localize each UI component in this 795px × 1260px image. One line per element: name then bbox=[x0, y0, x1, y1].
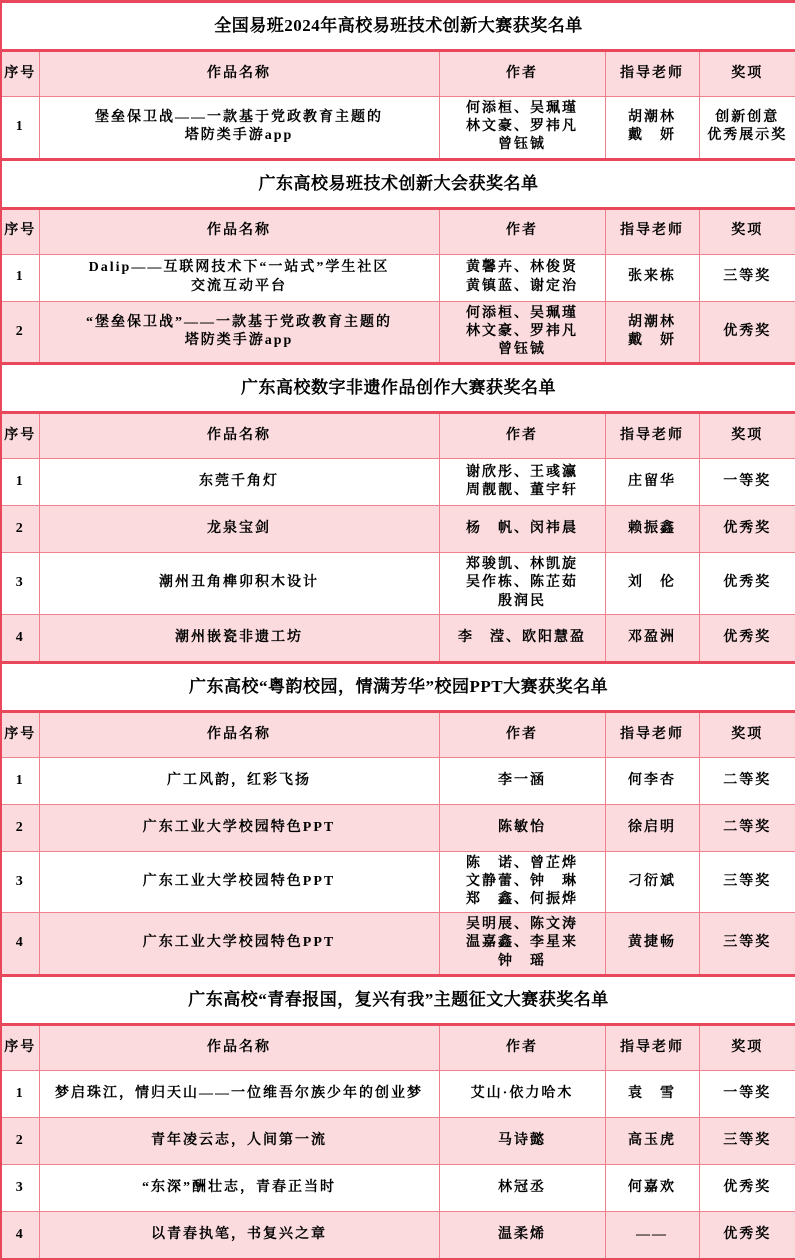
advisor-cell: 刘 伦 bbox=[605, 553, 699, 615]
col-header-authors: 作者 bbox=[439, 413, 605, 459]
section-title: 广东高校“粤韵校园，情满芳华”校园PPT大赛获奖名单 bbox=[1, 662, 795, 711]
col-header-advisor: 指导老师 bbox=[605, 711, 699, 757]
advisor-cell: 刁衍斌 bbox=[605, 851, 699, 913]
advisor-cell: 胡潮林 戴 妍 bbox=[605, 301, 699, 364]
row-no-cell: 3 bbox=[1, 851, 39, 913]
table-row: 3 广东工业大学校园特色PPT 陈 诺、曾芷烨 文静蕾、钟 琳 郑 鑫、何振烨 … bbox=[1, 851, 795, 913]
row-no-cell: 1 bbox=[1, 254, 39, 301]
advisor-cell: 赖振鑫 bbox=[605, 506, 699, 553]
authors-cell: 林冠丞 bbox=[439, 1164, 605, 1211]
advisor-cell: 张来栋 bbox=[605, 254, 699, 301]
work-cell: 以青春执笔，书复兴之章 bbox=[39, 1211, 439, 1259]
row-no-cell: 4 bbox=[1, 1211, 39, 1259]
row-no-cell: 1 bbox=[1, 1070, 39, 1117]
section-2: 广东高校易班技术创新大会获奖名单 bbox=[1, 159, 795, 208]
row-no-cell: 2 bbox=[1, 1117, 39, 1164]
work-cell: 青年凌云志，人间第一流 bbox=[39, 1117, 439, 1164]
authors-cell: 杨 帆、闵祎晨 bbox=[439, 506, 605, 553]
table-header: 序号 作品名称 作者 指导老师 奖项 bbox=[1, 51, 795, 97]
advisor-cell: 何李杏 bbox=[605, 757, 699, 804]
award-cell: 三等奖 bbox=[699, 254, 795, 301]
section-4: 广东高校“粤韵校园，情满芳华”校园PPT大赛获奖名单 bbox=[1, 662, 795, 711]
award-cell: 二等奖 bbox=[699, 757, 795, 804]
col-header-advisor: 指导老师 bbox=[605, 1024, 699, 1070]
award-cell: 优秀奖 bbox=[699, 1164, 795, 1211]
row-no-cell: 1 bbox=[1, 97, 39, 160]
work-cell: 堡垒保卫战——一款基于党政教育主题的 塔防类手游app bbox=[39, 97, 439, 160]
row-no-cell: 3 bbox=[1, 1164, 39, 1211]
row-no-cell: 3 bbox=[1, 553, 39, 615]
work-cell: “堡垒保卫战”——一款基于党政教育主题的 塔防类手游app bbox=[39, 301, 439, 364]
work-cell: 梦启珠江，情归天山——一位维吾尔族少年的创业梦 bbox=[39, 1070, 439, 1117]
authors-cell: 陈 诺、曾芷烨 文静蕾、钟 琳 郑 鑫、何振烨 bbox=[439, 851, 605, 913]
award-cell: 优秀奖 bbox=[699, 1211, 795, 1259]
section-1: 全国易班2024年高校易班技术创新大赛获奖名单 bbox=[1, 2, 795, 51]
award-cell: 二等奖 bbox=[699, 804, 795, 851]
authors-cell: 温柔烯 bbox=[439, 1211, 605, 1259]
table-header: 序号 作品名称 作者 指导老师 奖项 bbox=[1, 1024, 795, 1070]
award-cell: 一等奖 bbox=[699, 459, 795, 506]
award-cell: 优秀奖 bbox=[699, 614, 795, 662]
table-row: 1 堡垒保卫战——一款基于党政教育主题的 塔防类手游app 何添桓、吴珮瑾 林文… bbox=[1, 97, 795, 160]
advisor-cell: 邓盈洲 bbox=[605, 614, 699, 662]
authors-cell: 李 滢、欧阳慧盈 bbox=[439, 614, 605, 662]
section-5: 广东高校“青春报国，复兴有我”主题征文大赛获奖名单 bbox=[1, 975, 795, 1024]
award-cell: 优秀奖 bbox=[699, 301, 795, 364]
advisor-cell: 何嘉欢 bbox=[605, 1164, 699, 1211]
col-header-award: 奖项 bbox=[699, 711, 795, 757]
work-cell: 广工风韵，红彩飞扬 bbox=[39, 757, 439, 804]
col-header-authors: 作者 bbox=[439, 711, 605, 757]
col-header-work: 作品名称 bbox=[39, 711, 439, 757]
col-header-award: 奖项 bbox=[699, 51, 795, 97]
award-cell: 一等奖 bbox=[699, 1070, 795, 1117]
advisor-cell: 高玉虎 bbox=[605, 1117, 699, 1164]
authors-cell: 李一涵 bbox=[439, 757, 605, 804]
table-row: 2 龙泉宝剑 杨 帆、闵祎晨 赖振鑫 优秀奖 bbox=[1, 506, 795, 553]
row-no-cell: 1 bbox=[1, 459, 39, 506]
authors-cell: 马诗懿 bbox=[439, 1117, 605, 1164]
authors-cell: 谢欣彤、王彧瀛 周靓靓、董宇轩 bbox=[439, 459, 605, 506]
table-row: 4 广东工业大学校园特色PPT 吴明展、陈文涛 温嘉鑫、李星来 钟 瑶 黄捷畅 … bbox=[1, 913, 795, 976]
col-header-work: 作品名称 bbox=[39, 208, 439, 254]
work-cell: 龙泉宝剑 bbox=[39, 506, 439, 553]
table-row: 1 Dalip——互联网技术下“一站式”学生社区 交流互动平台 黄馨卉、林俊贤 … bbox=[1, 254, 795, 301]
table-row: 1 梦启珠江，情归天山——一位维吾尔族少年的创业梦 艾山·依力哈木 袁 雪 一等… bbox=[1, 1070, 795, 1117]
award-cell: 创新创意 优秀展示奖 bbox=[699, 97, 795, 160]
col-header-award: 奖项 bbox=[699, 413, 795, 459]
col-header-no: 序号 bbox=[1, 208, 39, 254]
section-title: 全国易班2024年高校易班技术创新大赛获奖名单 bbox=[1, 2, 795, 51]
table-header: 序号 作品名称 作者 指导老师 奖项 bbox=[1, 413, 795, 459]
table-row: 2 “堡垒保卫战”——一款基于党政教育主题的 塔防类手游app 何添桓、吴珮瑾 … bbox=[1, 301, 795, 364]
col-header-no: 序号 bbox=[1, 413, 39, 459]
award-cell: 优秀奖 bbox=[699, 553, 795, 615]
work-cell: 潮州丑角榫卯积木设计 bbox=[39, 553, 439, 615]
award-cell: 优秀奖 bbox=[699, 506, 795, 553]
advisor-cell: 庄留华 bbox=[605, 459, 699, 506]
table-row: 1 广工风韵，红彩飞扬 李一涵 何李杏 二等奖 bbox=[1, 757, 795, 804]
table-row: 3 “东深”酬壮志，青春正当时 林冠丞 何嘉欢 优秀奖 bbox=[1, 1164, 795, 1211]
row-no-cell: 4 bbox=[1, 614, 39, 662]
col-header-advisor: 指导老师 bbox=[605, 51, 699, 97]
authors-cell: 吴明展、陈文涛 温嘉鑫、李星来 钟 瑶 bbox=[439, 913, 605, 976]
col-header-award: 奖项 bbox=[699, 208, 795, 254]
col-header-work: 作品名称 bbox=[39, 1024, 439, 1070]
col-header-authors: 作者 bbox=[439, 1024, 605, 1070]
table-row: 4 以青春执笔，书复兴之章 温柔烯 —— 优秀奖 bbox=[1, 1211, 795, 1259]
col-header-authors: 作者 bbox=[439, 51, 605, 97]
work-cell: 广东工业大学校园特色PPT bbox=[39, 804, 439, 851]
col-header-work: 作品名称 bbox=[39, 51, 439, 97]
authors-cell: 陈敏怡 bbox=[439, 804, 605, 851]
table-row: 3 潮州丑角榫卯积木设计 郑骏凯、林凯旋 吴作栋、陈芷茹 殷润民 刘 伦 优秀奖 bbox=[1, 553, 795, 615]
advisor-cell: 胡潮林 戴 妍 bbox=[605, 97, 699, 160]
work-cell: 东莞千角灯 bbox=[39, 459, 439, 506]
section-title: 广东高校“青春报国，复兴有我”主题征文大赛获奖名单 bbox=[1, 975, 795, 1024]
work-cell: 潮州嵌瓷非遗工坊 bbox=[39, 614, 439, 662]
col-header-work: 作品名称 bbox=[39, 413, 439, 459]
table-row: 1 东莞千角灯 谢欣彤、王彧瀛 周靓靓、董宇轩 庄留华 一等奖 bbox=[1, 459, 795, 506]
col-header-no: 序号 bbox=[1, 51, 39, 97]
section-title: 广东高校易班技术创新大会获奖名单 bbox=[1, 159, 795, 208]
col-header-no: 序号 bbox=[1, 711, 39, 757]
row-no-cell: 2 bbox=[1, 301, 39, 364]
advisor-cell: 徐启明 bbox=[605, 804, 699, 851]
work-cell: 广东工业大学校园特色PPT bbox=[39, 851, 439, 913]
row-no-cell: 1 bbox=[1, 757, 39, 804]
authors-cell: 郑骏凯、林凯旋 吴作栋、陈芷茹 殷润民 bbox=[439, 553, 605, 615]
award-cell: 三等奖 bbox=[699, 1117, 795, 1164]
section-3: 广东高校数字非遗作品创作大赛获奖名单 bbox=[1, 364, 795, 413]
row-no-cell: 2 bbox=[1, 804, 39, 851]
table-row: 2 广东工业大学校园特色PPT 陈敏怡 徐启明 二等奖 bbox=[1, 804, 795, 851]
table-header: 序号 作品名称 作者 指导老师 奖项 bbox=[1, 208, 795, 254]
table-row: 2 青年凌云志，人间第一流 马诗懿 高玉虎 三等奖 bbox=[1, 1117, 795, 1164]
row-no-cell: 2 bbox=[1, 506, 39, 553]
section-title: 广东高校数字非遗作品创作大赛获奖名单 bbox=[1, 364, 795, 413]
col-header-advisor: 指导老师 bbox=[605, 413, 699, 459]
row-no-cell: 4 bbox=[1, 913, 39, 976]
awards-table: 全国易班2024年高校易班技术创新大赛获奖名单 序号 作品名称 作者 指导老师 … bbox=[0, 0, 795, 1260]
advisor-cell: 袁 雪 bbox=[605, 1070, 699, 1117]
work-cell: Dalip——互联网技术下“一站式”学生社区 交流互动平台 bbox=[39, 254, 439, 301]
advisor-cell: —— bbox=[605, 1211, 699, 1259]
advisor-cell: 黄捷畅 bbox=[605, 913, 699, 976]
awards-document: 全国易班2024年高校易班技术创新大赛获奖名单 序号 作品名称 作者 指导老师 … bbox=[0, 0, 795, 1260]
authors-cell: 黄馨卉、林俊贤 黄镇蓝、谢定治 bbox=[439, 254, 605, 301]
work-cell: “东深”酬壮志，青春正当时 bbox=[39, 1164, 439, 1211]
table-row: 4 潮州嵌瓷非遗工坊 李 滢、欧阳慧盈 邓盈洲 优秀奖 bbox=[1, 614, 795, 662]
authors-cell: 何添桓、吴珮瑾 林文豪、罗祎凡 曾钰铖 bbox=[439, 301, 605, 364]
col-header-advisor: 指导老师 bbox=[605, 208, 699, 254]
authors-cell: 何添桓、吴珮瑾 林文豪、罗祎凡 曾钰铖 bbox=[439, 97, 605, 160]
award-cell: 三等奖 bbox=[699, 913, 795, 976]
col-header-authors: 作者 bbox=[439, 208, 605, 254]
col-header-no: 序号 bbox=[1, 1024, 39, 1070]
authors-cell: 艾山·依力哈木 bbox=[439, 1070, 605, 1117]
col-header-award: 奖项 bbox=[699, 1024, 795, 1070]
award-cell: 三等奖 bbox=[699, 851, 795, 913]
table-header: 序号 作品名称 作者 指导老师 奖项 bbox=[1, 711, 795, 757]
work-cell: 广东工业大学校园特色PPT bbox=[39, 913, 439, 976]
